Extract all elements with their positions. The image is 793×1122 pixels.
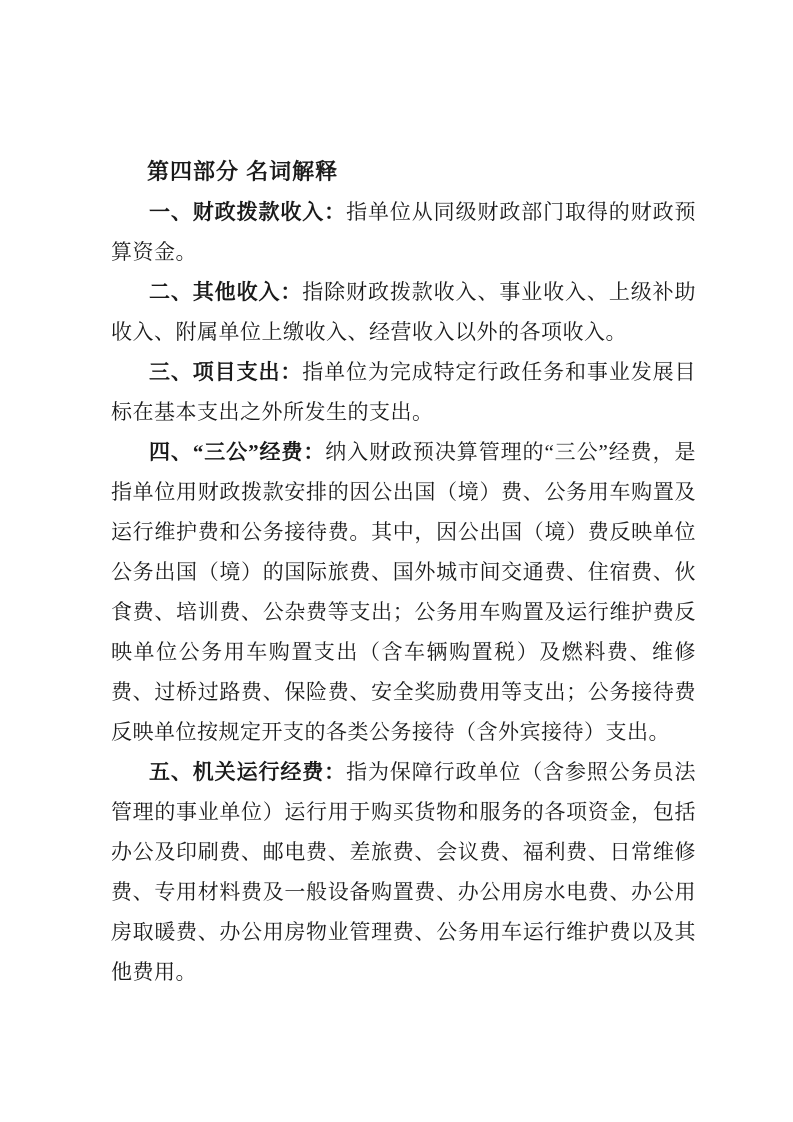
term-definition: 指为保障行政单位（含参照公务员法管理的事业单位）运行用于购买货物和服务的各项资金… — [111, 760, 696, 984]
term-paragraph-fiscal-appropriation-income: 一、财政拨款收入：指单位从同级财政部门取得的财政预算资金。 — [111, 192, 696, 272]
document-body: 第四部分 名词解释 一、财政拨款收入：指单位从同级财政部门取得的财政预算资金。 … — [111, 152, 696, 992]
term-lead: 三、项目支出： — [149, 360, 302, 384]
term-lead: 一、财政拨款收入： — [149, 200, 346, 224]
term-definition: 纳入财政预决算管理的“三公”经费，是指单位用财政拨款安排的因公出国（境）费、公务… — [111, 440, 696, 744]
term-lead: 五、机关运行经费： — [149, 760, 346, 784]
term-lead: 四、“三公”经费： — [149, 440, 325, 464]
term-paragraph-three-public-funds: 四、“三公”经费：纳入财政预决算管理的“三公”经费，是指单位用财政拨款安排的因公… — [111, 432, 696, 752]
term-lead: 二、其他收入： — [149, 280, 302, 304]
term-paragraph-project-expenditure: 三、项目支出：指单位为完成特定行政任务和事业发展目标在基本支出之外所发生的支出。 — [111, 352, 696, 432]
term-paragraph-other-income: 二、其他收入：指除财政拨款收入、事业收入、上级补助收入、附属单位上缴收入、经营收… — [111, 272, 696, 352]
document-page: { "document": { "title": "第四部分 名词解释", "p… — [0, 0, 793, 1122]
term-paragraph-agency-operating-funds: 五、机关运行经费：指为保障行政单位（含参照公务员法管理的事业单位）运行用于购买货… — [111, 752, 696, 992]
page-title: 第四部分 名词解释 — [111, 152, 696, 192]
